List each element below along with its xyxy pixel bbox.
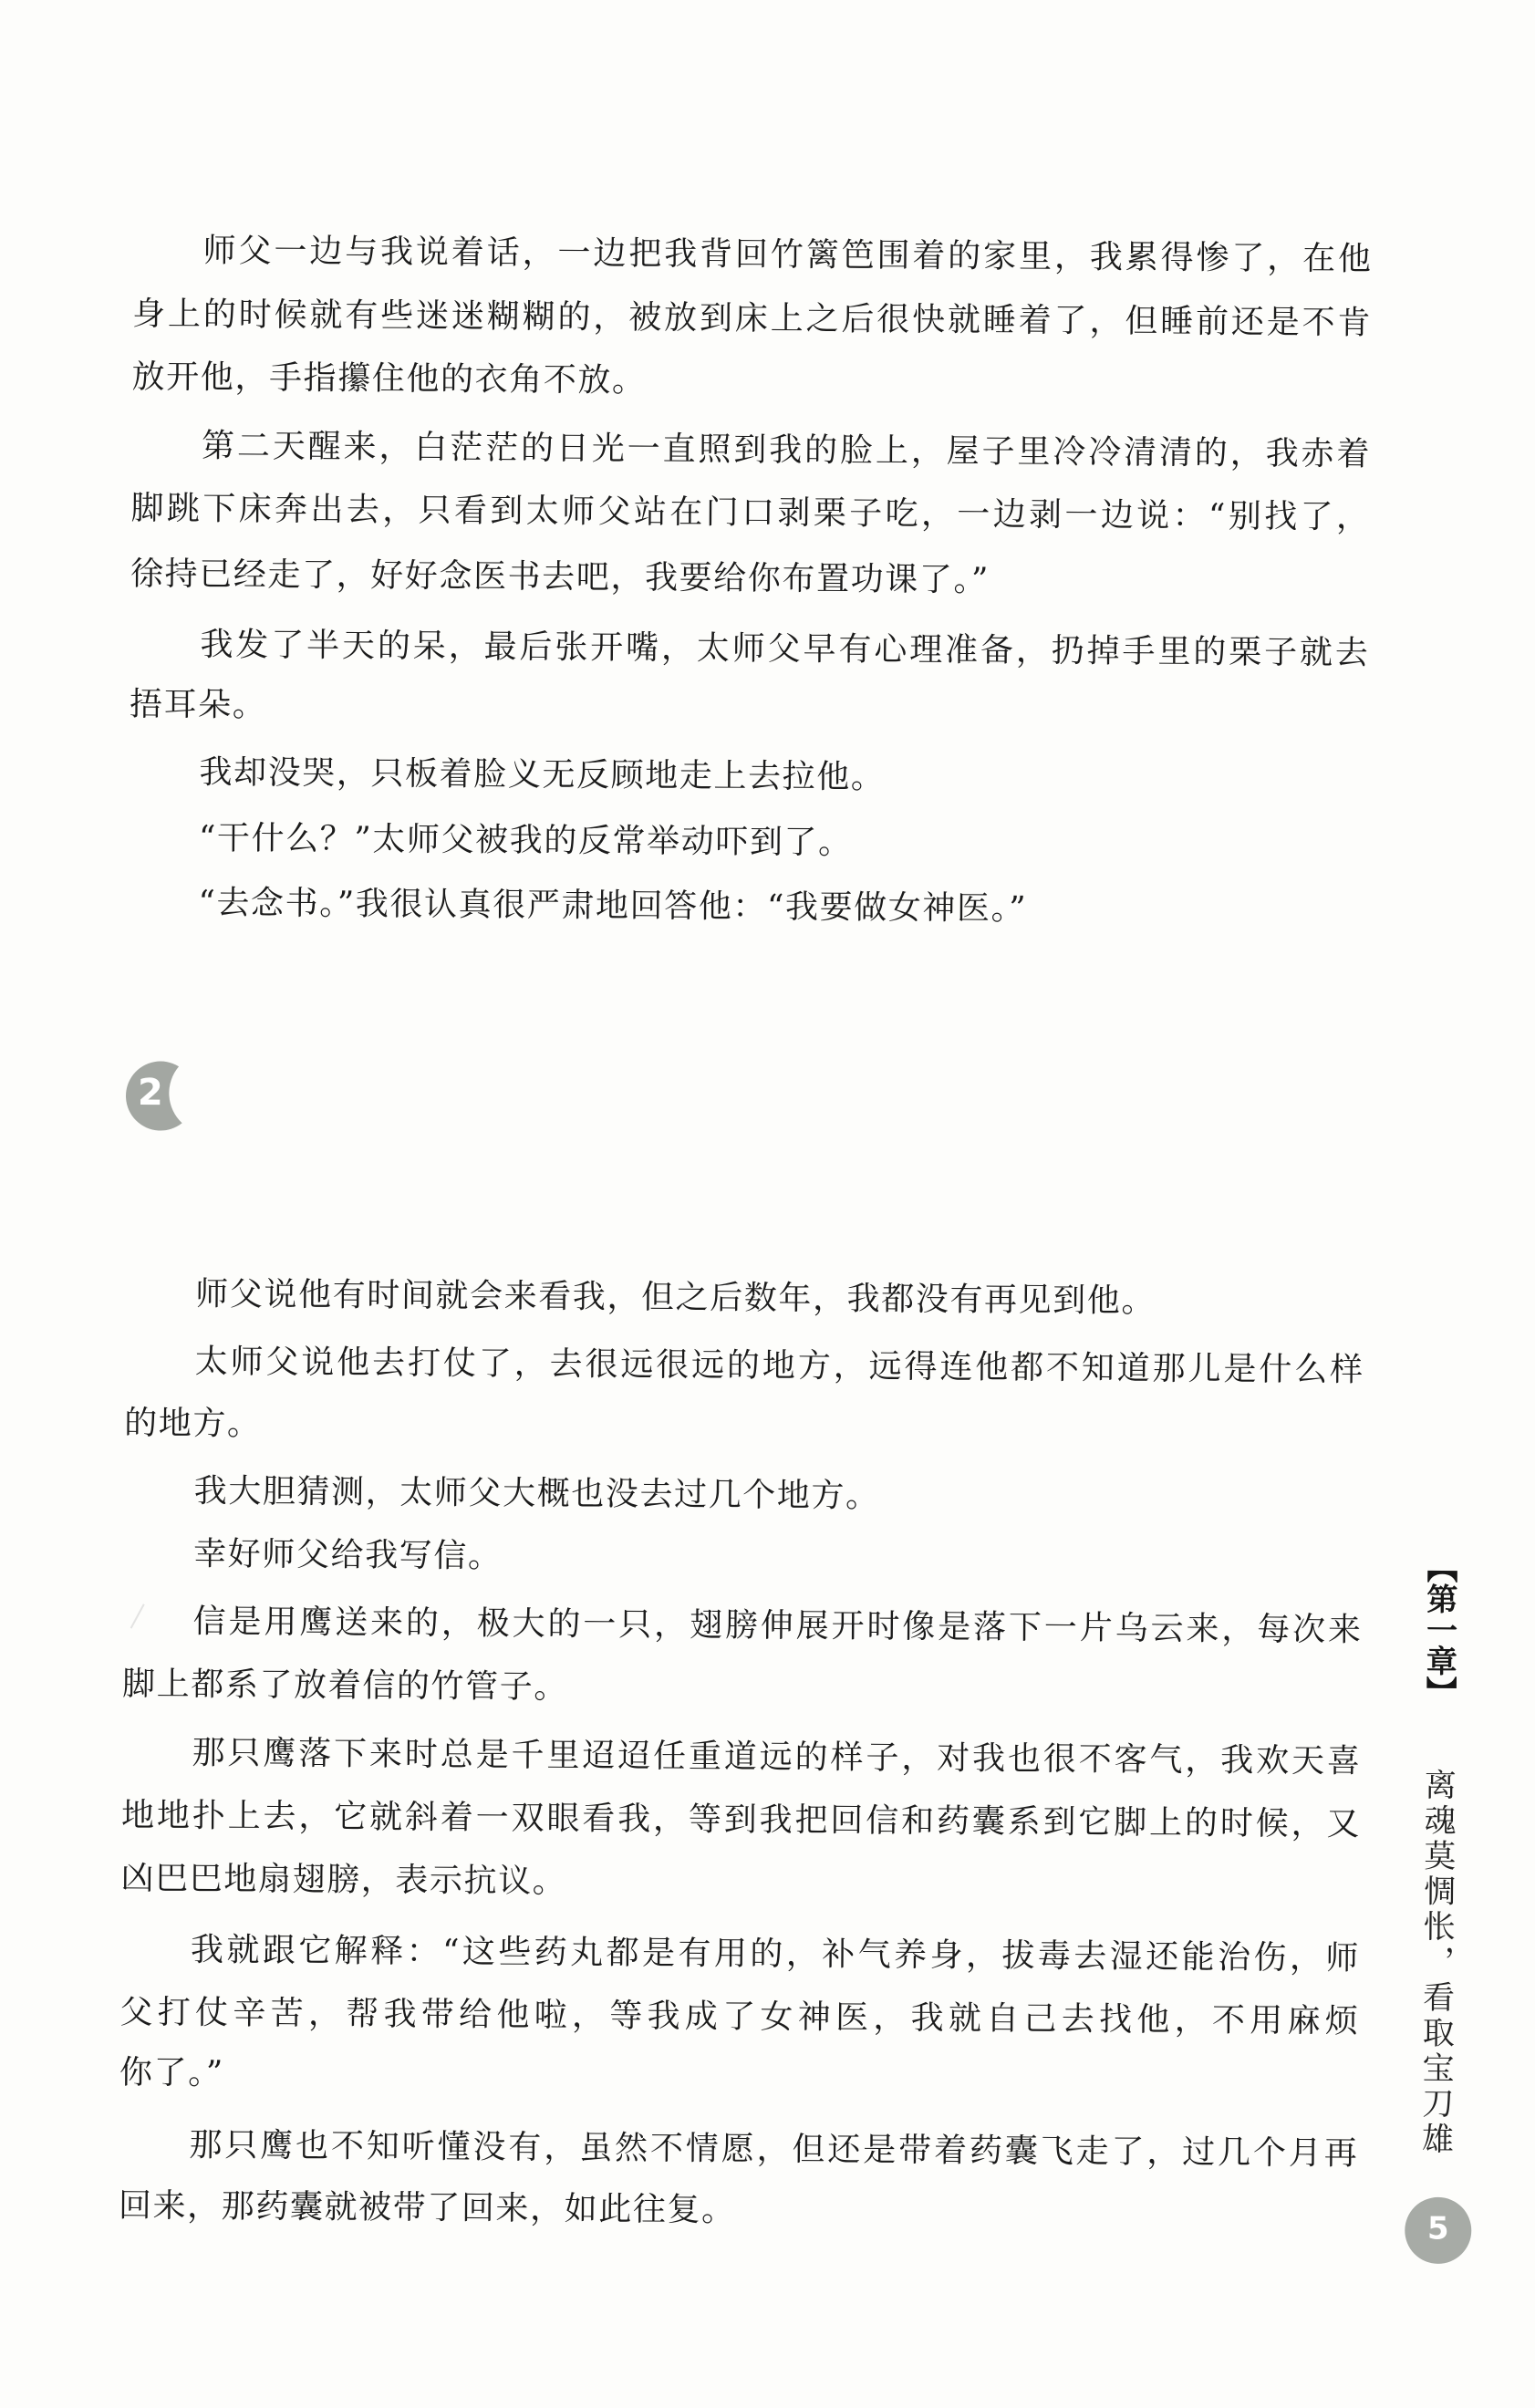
paragraph: 那只鹰也不知听懂没有，虽然不情愿，但还是带着药囊飞走了，过几个月再 回来，那药囊…	[9, 0, 1535, 5]
side-chapter-title: 离魂莫惆怅，看取宝刀雄	[1418, 1768, 1454, 2157]
section-2: 师父说他有时间就会来看我，但之后数年，我都没有再见到他。 太师父说他去打仗了，去…	[9, 0, 1535, 5]
text-line: 信是用鹰送来的，极大的一只，翅膀伸展开时像是落下一片乌云来，每次来	[122, 1604, 1362, 1649]
text-line: 凶巴巴地扇翅膀，表示抗议。	[120, 1861, 1360, 1906]
text-line: 你了。”	[119, 2055, 1359, 2101]
paragraph: 我却没哭，只板着脸义无反顾地走上去拉他。	[9, 0, 1535, 5]
text-line: 我大胆猜测，太师父大概也没去过几个地方。	[124, 1473, 1364, 1519]
paragraph: 我发了半天的呆，最后张开嘴，太师父早有心理准备，扔掉手里的栗子就去 捂耳朵。	[9, 0, 1535, 5]
paragraph: 我大胆猜测，太师父大概也没去过几个地方。	[9, 0, 1535, 5]
paragraph: “干什么？”太师父被我的反常举动吓到了。	[9, 0, 1535, 5]
paragraph: “去念书。”我很认真很严肃地回答他：“我要做女神医。”	[9, 0, 1535, 5]
text-line: 脚跳下床奔出去，只看到太师父站在门口剥栗子吃，一边剥一边说：“别找了，	[130, 491, 1370, 536]
paragraph: 师父一边与我说着话，一边把我背回竹篱笆围着的家里，我累得惨了，在他 身上的时候就…	[9, 0, 1535, 5]
text-line: 身上的时候就有些迷迷糊糊的，被放到床上之后很快就睡着了，但睡前还是不肯	[132, 296, 1372, 342]
page-number: 5	[1404, 2196, 1472, 2265]
paragraph: 信是用鹰送来的，极大的一只，翅膀伸展开时像是落下一片乌云来，每次来 脚上都系了放…	[9, 0, 1535, 5]
text-line: 地地扑上去，它就斜着一双眼看我，等到我把回信和药囊系到它脚上的时候，又	[121, 1798, 1361, 1843]
text-line: 捂耳朵。	[130, 687, 1369, 732]
text-line: 回来，那药囊就被带了回来，如此往复。	[119, 2188, 1358, 2234]
text-line: 太师父说他去打仗了，去很远很远的地方，远得连他都不知道那儿是什么样	[125, 1344, 1364, 1389]
text-line: 脚上都系了放着信的竹管子。	[122, 1666, 1362, 1712]
text-line: 放开他，手指攥住他的衣角不放。	[131, 359, 1371, 405]
paragraph: 幸好师父给我写信。	[9, 0, 1535, 5]
paragraph: 师父说他有时间就会来看我，但之后数年，我都没有再见到他。	[9, 0, 1535, 5]
paragraph: 太师父说他去打仗了，去很远很远的地方，远得连他都不知道那儿是什么样 的地方。	[9, 0, 1535, 5]
section-number: 2	[137, 1074, 164, 1111]
text-line: 幸好师父给我写信。	[123, 1536, 1363, 1582]
book-page: 师父一边与我说着话，一边把我背回竹篱笆围着的家里，我累得惨了，在他 身上的时候就…	[0, 0, 1535, 2408]
section-number-badge: 2	[125, 1061, 199, 1135]
page-number-badge: 5	[1404, 2196, 1472, 2265]
text-line: 父打仗辛苦，帮我带给他啦，等我成了女神医，我就自己去找他，不用麻烦	[119, 1995, 1359, 2040]
text-line: 师父说他有时间就会来看我，但之后数年，我都没有再见到他。	[125, 1276, 1364, 1322]
text-line: 师父一边与我说着话，一边把我背回竹篱笆围着的家里，我累得惨了，在他	[132, 233, 1372, 278]
text-line: 第二天醒来，白茫茫的日光一直照到我的脸上，屋子里冷冷清清的，我赤着	[131, 428, 1371, 473]
paragraph: 第二天醒来，白茫茫的日光一直照到我的脸上，屋子里冷冷清清的，我赤着 脚跳下床奔出…	[9, 0, 1535, 5]
text-line: “干什么？”太师父被我的反常举动吓到了。	[129, 820, 1368, 866]
text-line: 我就跟它解释：“这些药丸都是有用的，补气养身，拔毒去湿还能治伤，师	[120, 1932, 1360, 1977]
text-line: 我发了半天的呆，最后张开嘴，太师父早有心理准备，扔掉手里的栗子就去	[130, 627, 1369, 672]
text-line: 那只鹰落下来时总是千里迢迢任重道远的样子，对我也很不客气，我欢天喜	[121, 1735, 1361, 1780]
page-content: 师父一边与我说着话，一边把我背回竹篱笆围着的家里，我累得惨了，在他 身上的时候就…	[0, 0, 1535, 2408]
text-line: 的地方。	[124, 1406, 1364, 1451]
paragraph: 我就跟它解释：“这些药丸都是有用的，补气养身，拔毒去湿还能治伤，师 父打仗辛苦，…	[9, 0, 1535, 5]
text-line: 徐持已经走了，好好念医书去吧，我要给你布置功课了。”	[130, 556, 1370, 602]
text-line: 那只鹰也不知听懂没有，虽然不情愿，但还是带着药囊飞走了，过几个月再	[119, 2127, 1358, 2173]
text-line: “去念书。”我很认真很严肃地回答他：“我要做女神医。”	[128, 885, 1367, 930]
section-1: 师父一边与我说着话，一边把我背回竹篱笆围着的家里，我累得惨了，在他 身上的时候就…	[9, 0, 1535, 5]
paragraph: 那只鹰落下来时总是千里迢迢任重道远的样子，对我也很不客气，我欢天喜 地地扑上去，…	[9, 0, 1535, 5]
text-line: 我却没哭，只板着脸义无反顾地走上去拉他。	[129, 754, 1368, 800]
side-chapter-label: 【第一章】	[1422, 1567, 1456, 1691]
